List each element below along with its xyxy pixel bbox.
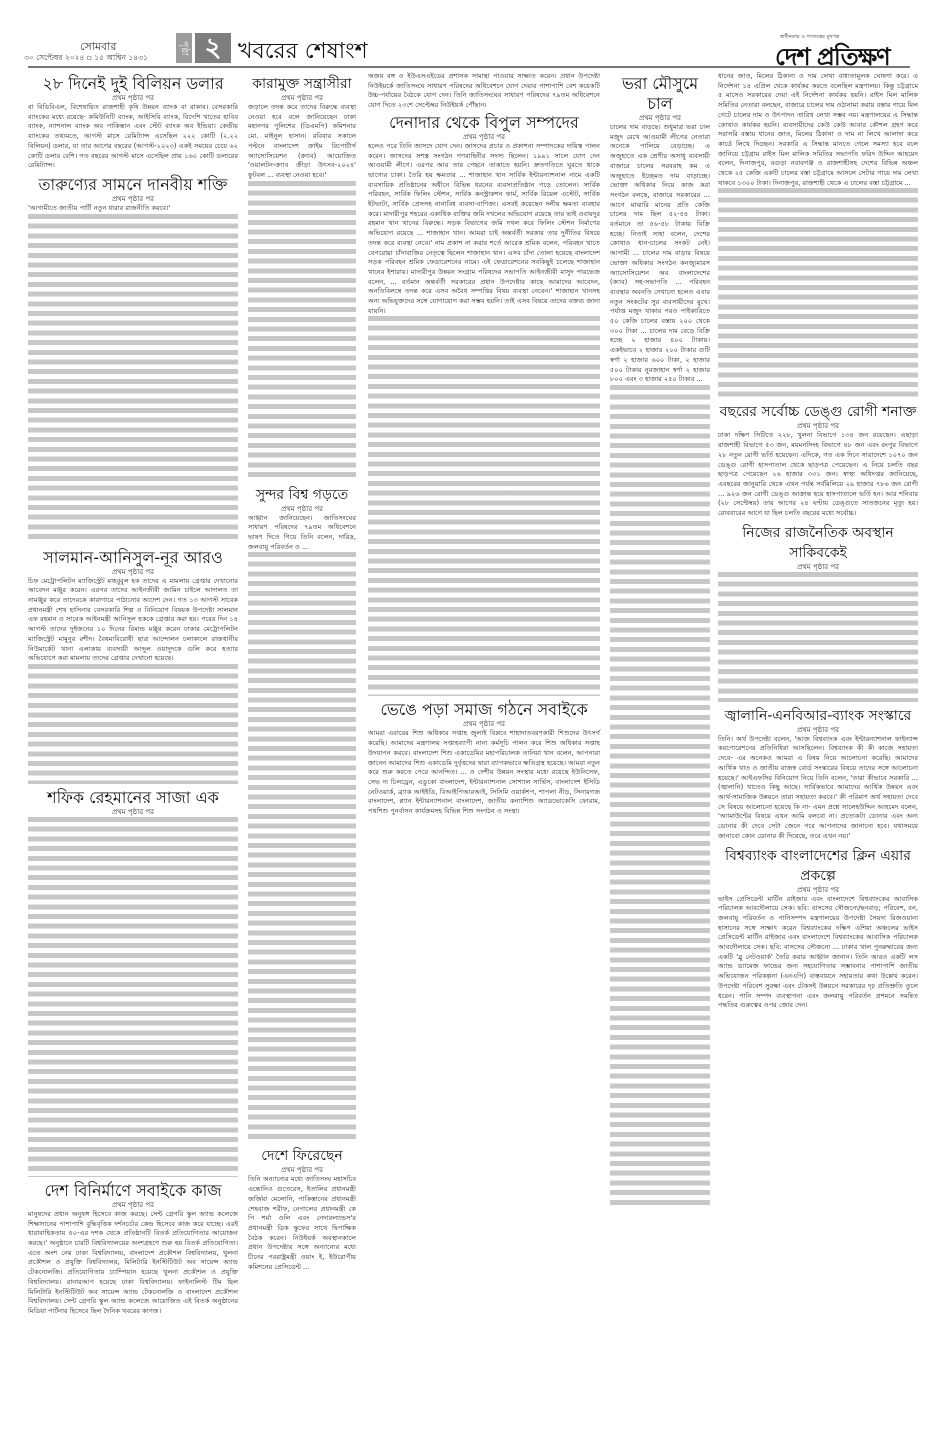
story-body: আমরা এবারের শিশু অধিকার সপ্তাহ জুলাই বিপ… [368,729,600,816]
story-body: তিনি। অর্থ উপদেষ্টা বলেন, 'আজ বিশ্বব্যাং… [718,735,918,842]
story-shakib-position: নিজের রাজনৈতিক অবস্থান সাকিবকেই প্রথম পৃ… [718,523,918,702]
story-body: ঢাকা দক্ষিণ সিটিতে ২২৮, খুলনা বিভাগে ১৩৪… [718,431,918,518]
masthead-divider [28,66,910,68]
story-body: চালের দাম বাড়ছে। শুধুমাত্র ভরা চাল মজুদ… [610,123,710,385]
story-nation-building: দেশ বিনির্মাণে সবাইকে কাজ প্রথম পৃষ্ঠার … [28,1181,238,1317]
headline: কারামুক্ত সন্ত্রাসীরা [248,74,356,94]
story-rice-season: ভরা মৌসুমে চাল প্রথম পৃষ্ঠার পর চালের দা… [610,74,710,1205]
story-text-block [610,385,710,1205]
continued-label: প্রথম পৃষ্ঠার পর [718,563,918,572]
story-beautiful-world: সুন্দর বিশ্ব গড়তে প্রথম পৃষ্ঠার পর আহ্ব… [248,485,356,1143]
page-number: ২ [195,33,231,63]
headline: দেশ বিনির্মাণে সবাইকে কাজ [28,1181,238,1201]
story-body: 'আগামীতে জাতীয় পার্টি নতুন ধারার রাজনীত… [28,204,238,214]
story-text-block [28,214,238,544]
story-text-block [28,817,238,1177]
headline: বছরের সর্বোচ্চ ডেঙ্গু রোগী শনাক্ত [718,402,918,422]
story-body: আহ্বান জানিয়েছেন। জাতিসংঘের সাধারণ পরিষ… [248,514,356,553]
column-4: ভরা মৌসুমে চাল প্রথম পৃষ্ঠার পর চালের দা… [610,72,710,1209]
column-1: ২৮ দিনেই দুই বিলিয়ন ডলার প্রথম পৃষ্ঠার … [28,72,238,1321]
continued-label: প্রথম পৃষ্ঠার পর [610,114,710,123]
continued-label: প্রথম পৃষ্ঠার পর [28,195,238,204]
story-body: হলেও পরে তিনি জাসদে যোগ দেন। জাসদের প্রচ… [368,142,600,317]
story-rice-continued: ধানের জাত, মিলের ঠিকানা ও দাম লেখা বাধ্য… [718,72,918,398]
continued-label: প্রথম পৃষ্ঠার পর [248,505,356,514]
continued-label: প্রথম পৃষ্ঠার পর [248,94,356,103]
headline: বিশ্বব্যাংক বাংলাদেশের ক্লিন এয়ার প্রকল… [718,846,918,886]
story-released-terrorists: কারামুক্ত সন্ত্রাসীরা প্রথম পৃষ্ঠার পর জ… [248,74,356,481]
story-text-block [718,572,918,702]
story-salman-anisul: সালমান-আনিসুল-নূর আরও প্রথম পৃষ্ঠার পর চ… [28,548,238,784]
story-text-block [368,316,600,696]
continued-label: প্রথম পৃষ্ঠার পর [718,726,918,735]
story-body: তিনি অন্যান্যের মধ্যে জাতিসংঘ মহাসচিব এন… [248,1175,356,1272]
story-body: ভাইস প্রেসিডেন্ট মার্টিন রাইজার এবং বাংল… [718,895,918,1011]
story-shafiq: শফিক রেহমানের সাজা এক প্রথম পৃষ্ঠার পর [28,788,238,1177]
headline: জ্বালানি-এনবিআর-ব্যাংক সংস্কারে [718,706,918,726]
story-intro: অজয় বঙ্গ ও ইউএসএইডের প্রশাসক সামান্থা প… [368,72,600,111]
story-text-block [248,552,356,1142]
story-world-bank-clean-air: বিশ্বব্যাংক বাংলাদেশের ক্লিন এয়ার প্রকল… [718,846,918,1011]
column-2: কারামুক্ত সন্ত্রাসীরা প্রথম পৃষ্ঠার পর জ… [248,72,356,1276]
story-broken-society: ভেঙে পড়া সমাজ গঠনে সবাইকে প্রথম পৃষ্ঠার… [368,700,600,816]
headline: ভরা মৌসুমে চাল [610,74,710,114]
story-body: ধানের জাত, মিলের ঠিকানা ও দাম লেখা বাধ্য… [718,72,918,188]
continued-label: প্রথম পৃষ্ঠার পর [248,1166,356,1175]
page-label: পৃষ্ঠা [176,33,192,63]
story-body: জড়ালে তদন্ত করে তাদের বিরুদ্ধে ব্যবস্থা… [248,103,356,181]
headline: সুন্দর বিশ্ব গড়তে [248,485,356,505]
story-jalani-reform: জ্বালানি-এনবিআর-ব্যাংক সংস্কারে প্রথম পৃ… [718,706,918,842]
story-text-block [718,188,918,398]
headline: নিজের রাজনৈতিক অবস্থান সাকিবকেই [718,523,918,563]
continued-label: প্রথম পৃষ্ঠার পর [28,1201,238,1210]
masthead-date: ৩০ সেপ্টেম্বর ২০২৪ ▫ ১৫ আশ্বিন ১৪৩১ [24,53,148,65]
continued-label: প্রথম পৃষ্ঠার পর [368,133,600,142]
story-billion-dollar: ২৮ দিনেই দুই বিলিয়ন ডলার প্রথম পৃষ্ঠার … [28,74,238,171]
continued-label: প্রথম পৃষ্ঠার পর [28,808,238,817]
continued-label: প্রথম পৃষ্ঠার পর [718,886,918,895]
masthead: সোমবার ৩০ সেপ্টেম্বর ২০২৪ ▫ ১৫ আশ্বিন ১৪… [0,0,945,66]
continued-label: প্রথম পৃষ্ঠার পর [28,568,238,577]
column-5: ধানের জাত, মিলের ঠিকানা ও দাম লেখা বাধ্য… [718,72,918,1015]
headline: সালমান-আনিসুল-নূর আরও [28,548,238,568]
continued-label: প্রথম পৃষ্ঠার পর [28,94,238,103]
headline: দেনাদার থেকে বিপুল সম্পদের [368,113,600,133]
story-text-block [28,664,238,784]
column-3: অজয় বঙ্গ ও ইউএসএইডের প্রশাসক সামান্থা প… [368,72,600,821]
story-dengue: বছরের সর্বোচ্চ ডেঙ্গু রোগী শনাক্ত প্রথম … [718,402,918,518]
story-youth-power: তারুণ্যের সামনে দানবীয় শক্তি প্রথম পৃষ্… [28,175,238,544]
story-body: মানুষদের প্রধান অনুষঙ্গ হিসেবে কাজ করছে।… [28,1210,238,1317]
headline: তারুণ্যের সামনে দানবীয় শক্তি [28,175,238,195]
headline: শফিক রেহমানের সাজা এক [28,788,238,808]
headline: ভেঙে পড়া সমাজ গঠনে সবাইকে [368,700,600,720]
headline: ২৮ দিনেই দুই বিলিয়ন ডলার [28,74,238,94]
story-body: বা বিডিবিএল, বিশেষায়িত রাজশাহী কৃষি উন্… [28,103,238,171]
story-returned-home: দেশে ফিরেছেন প্রথম পৃষ্ঠার পর তিনি অন্যা… [248,1146,356,1272]
story-debtor-wealth: অজয় বঙ্গ ও ইউএসএইডের প্রশাসক সামান্থা প… [368,72,600,696]
story-body: চিফ মেট্রোপলিটন ম্যাজিস্ট্রেট মাহবুবুল হ… [28,577,238,664]
story-text-block [248,181,356,481]
headline: দেশে ফিরেছেন [248,1146,356,1166]
